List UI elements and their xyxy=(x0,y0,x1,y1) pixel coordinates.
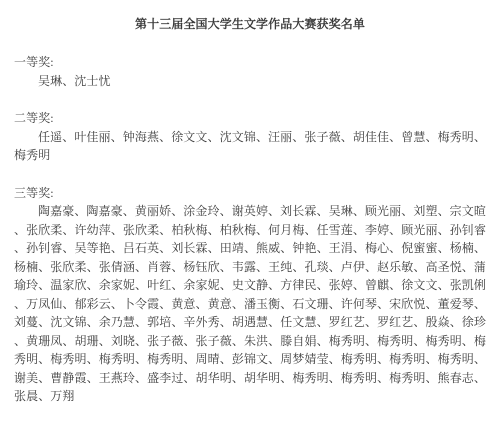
third-prize-winner-names: 陶嘉豪、陶嘉豪、黄丽娇、涂金玲、谢英婷、刘长霖、吴琳、顾光丽、刘塑、宗文暄、张欣… xyxy=(14,202,486,406)
third-prize-label: 三等奖: xyxy=(14,184,486,203)
first-prize-winner-names: 吴琳、沈士忧 xyxy=(14,72,486,91)
section-third-prize: 三等奖: 陶嘉豪、陶嘉豪、黄丽娇、涂金玲、谢英婷、刘长霖、吴琳、顾光丽、刘塑、宗… xyxy=(14,184,486,406)
section-second-prize: 二等奖: 任遥、叶佳丽、钟海燕、徐文文、沈文锦、汪丽、张子薇、胡佳佳、曾慧、梅秀… xyxy=(14,109,486,165)
section-first-prize: 一等奖: 吴琳、沈士忧 xyxy=(14,53,486,90)
second-prize-winner-names: 任遥、叶佳丽、钟海燕、徐文文、沈文锦、汪丽、张子薇、胡佳佳、曾慧、梅秀明、梅秀明 xyxy=(14,128,486,165)
document-title: 第十三届全国大学生文学作品大赛获奖名单 xyxy=(14,15,486,34)
second-prize-label: 二等奖: xyxy=(14,109,486,128)
first-prize-label: 一等奖: xyxy=(14,53,486,72)
document-page: 第十三届全国大学生文学作品大赛获奖名单 一等奖: 吴琳、沈士忧 二等奖: 任遥、… xyxy=(0,0,500,446)
